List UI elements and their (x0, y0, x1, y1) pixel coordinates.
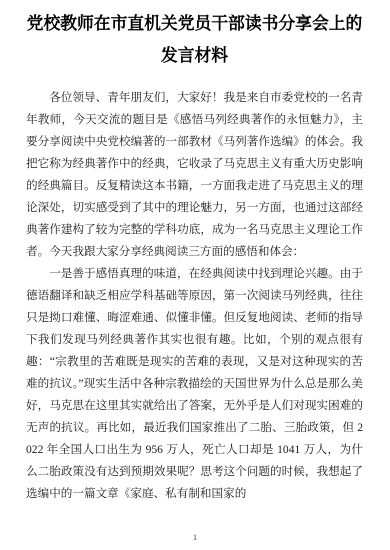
document-page: 党校教师在市直机关党员干部读书分享会上的 发言材料 各位领导、青年朋友们，大家好… (0, 0, 390, 550)
document-title-line-2: 发言材料 (26, 40, 363, 72)
paragraph-point-one: 一是善于感悟真理的味道，在经典阅读中找到理论兴趣。由于德语翻译和缺乏相应学科基础… (26, 263, 363, 505)
paragraph-greeting: 各位领导、青年朋友们，大家好！我是来自市委党校的一名青年教师，今天交流的题目是《… (26, 87, 363, 263)
document-title: 党校教师在市直机关党员干部读书分享会上的 发言材料 (26, 8, 363, 72)
document-title-line-1: 党校教师在市直机关党员干部读书分享会上的 (26, 8, 363, 40)
page-number: 1 (0, 533, 390, 543)
document-body: 各位领导、青年朋友们，大家好！我是来自市委党校的一名青年教师，今天交流的题目是《… (26, 87, 363, 505)
